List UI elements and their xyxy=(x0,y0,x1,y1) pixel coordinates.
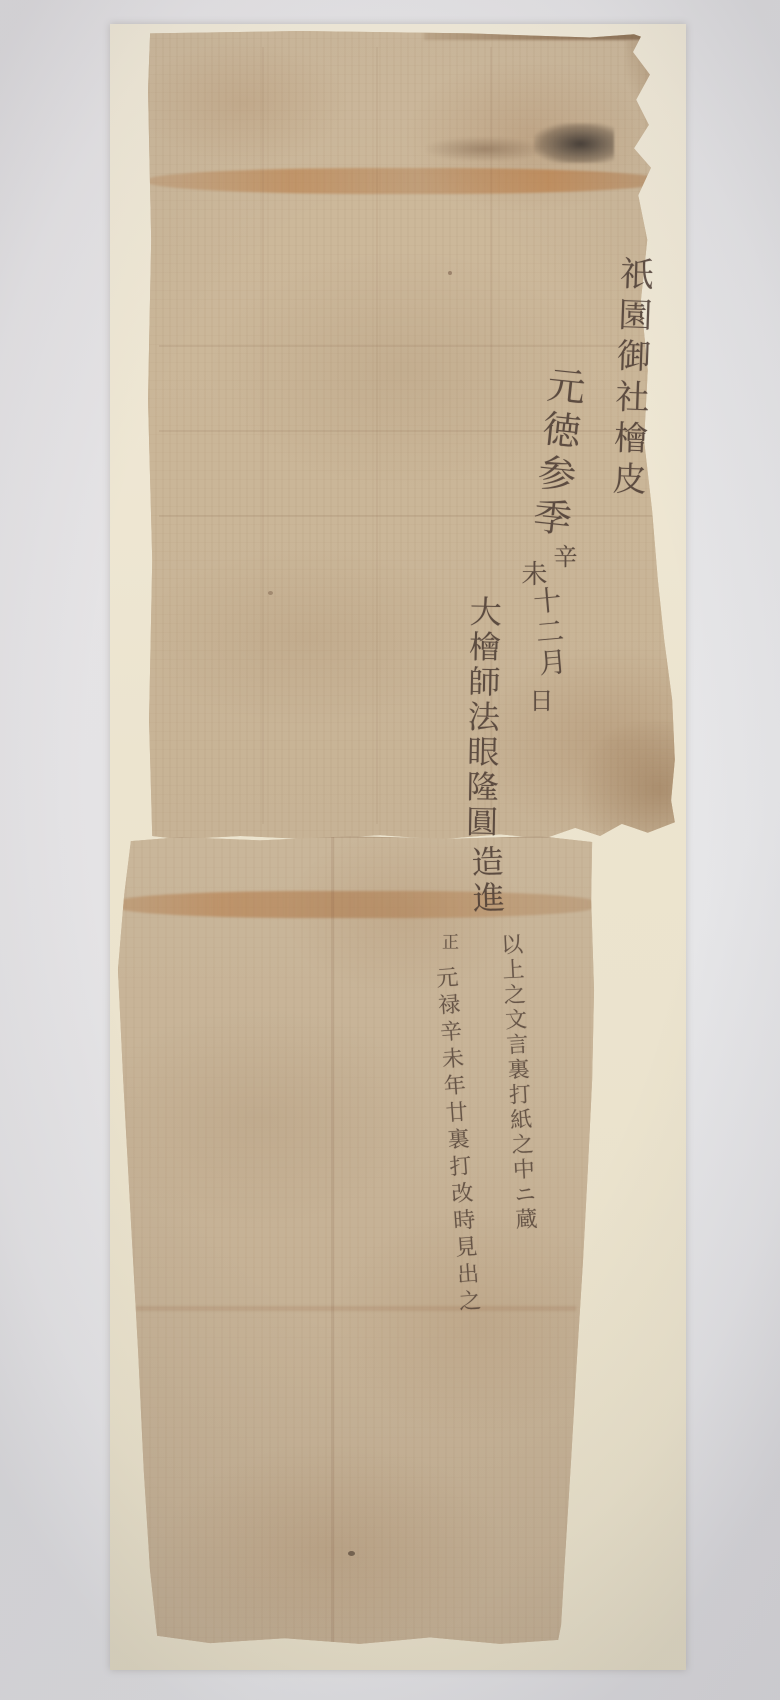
document-photo: 祇園御社檜皮 元徳参季 辛 未 十二月 日 大檜師法眼隆圓 造進 以上之文言裏打… xyxy=(0,0,780,1700)
inscription-maker-column: 大檜師法眼隆圓 xyxy=(457,595,507,841)
inscription-era-year-column: 元徳参季 xyxy=(520,363,593,544)
inscription-day-character: 日 xyxy=(522,688,557,712)
inscription-zodiac-char-2: 未 xyxy=(514,560,551,586)
restoration-note-mark: 正 xyxy=(436,933,461,950)
calligraphy-layer: 祇園御社檜皮 元徳参季 辛 未 十二月 日 大檜師法眼隆圓 造進 以上之文言裏打… xyxy=(0,0,780,1700)
inscription-month-column: 十二月 xyxy=(524,584,572,680)
inscription-title-column: 祇園御社檜皮 xyxy=(601,255,659,503)
inscription-dedication-column: 造進 xyxy=(462,844,510,918)
restoration-note-left-column: 元禄辛未年廿裏打改時見出之 xyxy=(429,965,484,1317)
restoration-note-right-column: 以上之文言裏打紙之中ニ蔵 xyxy=(494,932,541,1233)
inscription-zodiac-char-1: 辛 xyxy=(546,544,581,568)
